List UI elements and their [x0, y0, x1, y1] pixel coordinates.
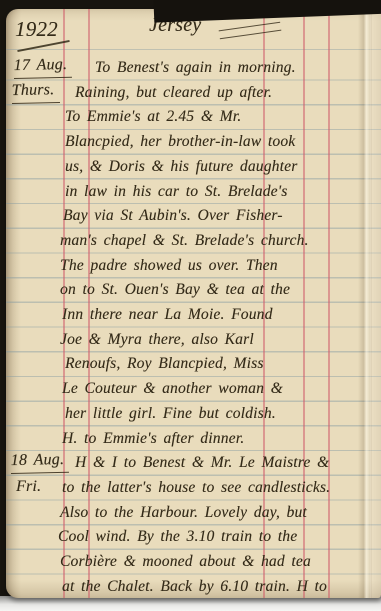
scan-backing — [0, 596, 381, 611]
diary-line: us, & Doris & his future daughter — [65, 155, 297, 180]
diary-line: in law in his car to St. Brelade's — [65, 180, 288, 205]
diary-page: 1922 Jersey 17 Aug. Thurs. 18 Aug. Fri. … — [6, 9, 381, 598]
diary-line: Inn there near La Moie. Found — [62, 303, 273, 328]
diary-line: her little girl. Fine but coldish. — [65, 402, 276, 427]
diary-line: Bay via St Aubin's. Over Fisher- — [63, 204, 283, 229]
diary-line: To Emmie's at 2.45 & Mr. — [65, 105, 241, 130]
diary-line: H. to Emmie's after dinner. — [62, 427, 244, 452]
entry-date-17-aug: 17 Aug. — [13, 53, 72, 79]
entry-date-18-aug: 18 Aug. — [10, 448, 69, 474]
diary-line: man's chapel & St. Brelade's church. — [60, 229, 309, 254]
diary-line: Renoufs, Roy Blancpied, Miss — [65, 352, 264, 377]
diary-line: on to St. Ouen's Bay & tea at the — [60, 278, 290, 303]
diary-line: Cool wind. By the 3.10 train to the — [58, 525, 297, 550]
margin-line — [328, 9, 330, 598]
diary-line: Joe & Myra there, also Karl — [60, 328, 254, 353]
diary-line: Le Couteur & another woman & — [62, 377, 283, 402]
diary-line: Raining, but cleared up after. — [75, 81, 272, 106]
diary-line: at the Chalet. Back by 6.10 train. H to — [62, 575, 327, 598]
page-edge-right — [370, 9, 381, 598]
diary-line: to the latter's house to see candlestick… — [62, 476, 330, 501]
diary-line: The padre showed us over. Then — [60, 254, 278, 279]
title-flourish — [219, 22, 282, 40]
diary-line: Corbière & mooned about & had tea — [60, 550, 311, 575]
entry-day-fri: Fri. — [16, 475, 41, 499]
diary-line: H & I to Benest & Mr. Le Maistre & — [75, 451, 329, 476]
year-heading: 1922 — [15, 17, 58, 42]
scanned-photo: 1922 Jersey 17 Aug. Thurs. 18 Aug. Fri. … — [0, 0, 381, 611]
diary-line: Blancpied, her brother-in-law took — [65, 130, 295, 155]
diary-line: To Benest's again in morning. — [95, 56, 296, 81]
diary-line: Also to the Harbour. Lovely day, but — [60, 501, 307, 526]
entry-day-thurs: Thurs. — [11, 78, 59, 104]
